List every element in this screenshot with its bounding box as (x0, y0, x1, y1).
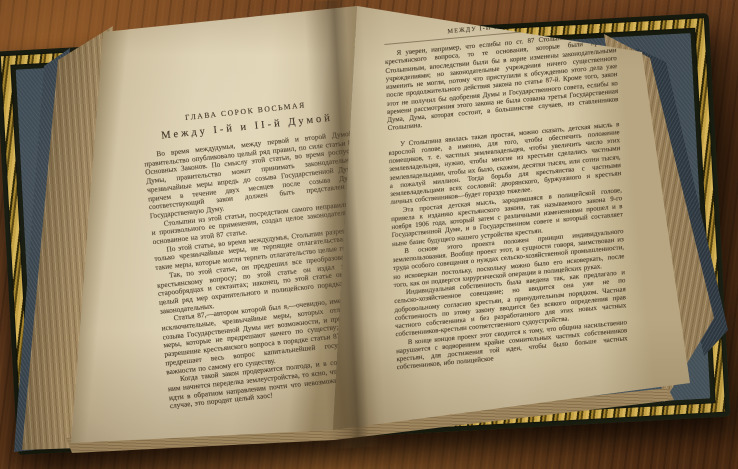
right-page-text-block: МЕЖДУ I-Й И II-Й ДУМОЙ. 313 Я уверен, на… (384, 13, 628, 373)
right-page-paragraph: Я уверен, например, что еслибы по ст. 87… (385, 30, 619, 134)
photo-scene: ГЛАВА СОРОК ВОСЬМАЯ Между I-й и II-й Дум… (0, 0, 738, 469)
